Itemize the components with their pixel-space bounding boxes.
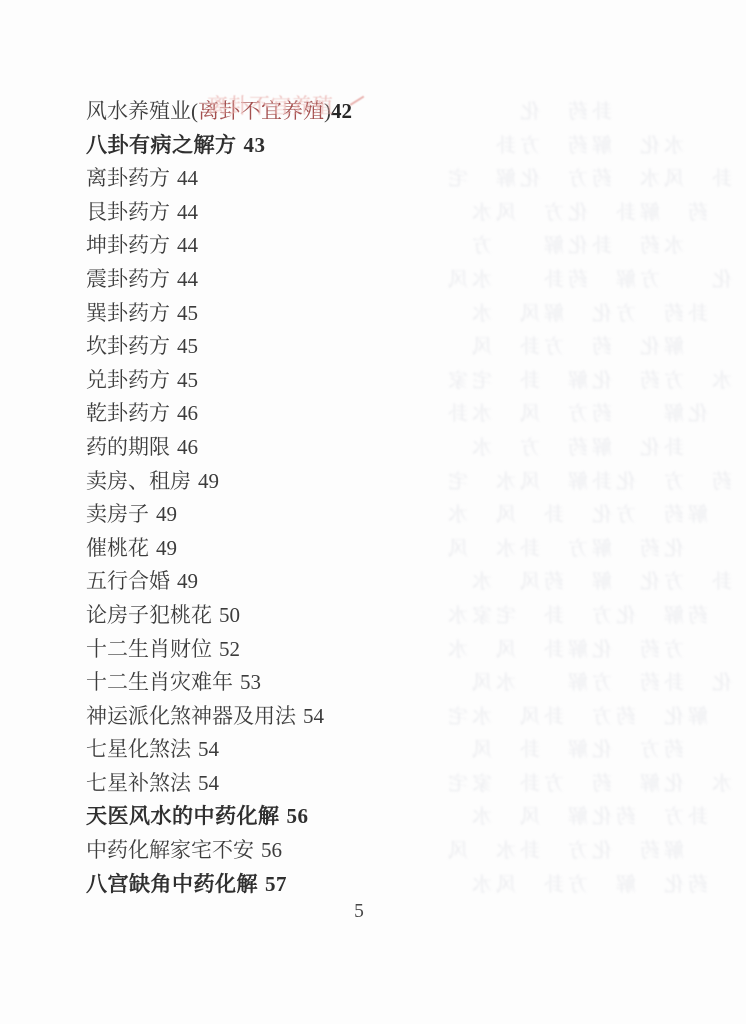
- toc-entry-page-number: 45: [177, 368, 198, 392]
- toc-entry: 八宫缺角中药化解57: [86, 868, 726, 902]
- toc-entry-page-number: 49: [156, 536, 177, 560]
- toc-entry-page-number: 54: [303, 704, 324, 728]
- toc-entry: 卖房子49: [86, 498, 726, 532]
- toc-entry-label: 八卦有病之解方: [86, 133, 237, 157]
- toc-entry: 坎卦药方45: [86, 330, 726, 364]
- toc-entry: 坤卦药方44: [86, 229, 726, 263]
- toc-entry-label: 坤卦药方: [86, 233, 170, 257]
- toc-entry-page-number: 44: [177, 233, 198, 257]
- toc-entry: 乾卦药方46: [86, 397, 726, 431]
- toc-entry-page-number: 44: [177, 166, 198, 190]
- toc-entry-label: 神运派化煞神器及用法: [86, 704, 296, 728]
- toc-entry-label: 论房子犯桃花: [86, 603, 212, 627]
- toc-entry: 震卦药方44: [86, 263, 726, 297]
- toc-entry: 天医风水的中药化解56: [86, 800, 726, 834]
- toc-entry-label: 中药化解家宅不安: [86, 838, 254, 862]
- toc-entry-page-number: 49: [198, 469, 219, 493]
- toc-entry: 艮卦药方44: [86, 196, 726, 230]
- toc-entry-label: 七星补煞法: [86, 771, 191, 795]
- toc-entry-page-number: 43: [244, 133, 266, 157]
- toc-entry-label: 坎卦药方: [86, 334, 170, 358]
- toc-entry: 药的期限46: [86, 431, 726, 465]
- toc-entry-segment: 离卦不宜养殖离卦不宜养殖: [198, 99, 324, 123]
- toc-entry-segment: 风水养殖业(: [86, 99, 198, 123]
- toc-entry-label: 催桃花: [86, 536, 149, 560]
- toc-entry-page-number: 49: [177, 569, 198, 593]
- toc-entry: 兑卦药方45: [86, 364, 726, 398]
- toc-entry: 七星补煞法54: [86, 767, 726, 801]
- toc-entry: 论房子犯桃花50: [86, 599, 726, 633]
- toc-entry-page-number: 45: [177, 301, 198, 325]
- toc-entry-page-number: 53: [240, 670, 261, 694]
- toc-entry-label: 乾卦药方: [86, 401, 170, 425]
- toc-entry-label: 艮卦药方: [86, 200, 170, 224]
- toc-entry-label: 兑卦药方: [86, 368, 170, 392]
- toc-entry-label: 十二生肖财位: [86, 637, 212, 661]
- toc-entry-page-number: 44: [177, 267, 198, 291]
- toc-entry: 催桃花49: [86, 532, 726, 566]
- toc-entry-label: 震卦药方: [86, 267, 170, 291]
- toc-entry-page-number: 44: [177, 200, 198, 224]
- toc-entry: 五行合婚49: [86, 565, 726, 599]
- toc-entry-page-number: 56: [261, 838, 282, 862]
- toc-entry-page-number: 50: [219, 603, 240, 627]
- toc-entry-label: 七星化煞法: [86, 737, 191, 761]
- table-of-contents: 风水养殖业(离卦不宜养殖离卦不宜养殖)42八卦有病之解方43离卦药方44艮卦药方…: [86, 95, 726, 901]
- toc-entry-label: 药的期限: [86, 435, 170, 459]
- toc-entry-page-number: 56: [287, 804, 309, 828]
- toc-entry-segment: ): [324, 99, 331, 123]
- toc-entry: 八卦有病之解方43: [86, 129, 726, 163]
- toc-entry-page-number: 54: [198, 737, 219, 761]
- page-number: 5: [0, 898, 732, 926]
- toc-entry-page-number: 57: [265, 872, 287, 896]
- toc-entry: 中药化解家宅不安56: [86, 834, 726, 868]
- toc-entry: 十二生肖财位52: [86, 633, 726, 667]
- toc-entry: 神运派化煞神器及用法54: [86, 700, 726, 734]
- toc-entry-page-number: 46: [177, 435, 198, 459]
- toc-entry: 巽卦药方45: [86, 297, 726, 331]
- toc-entry-page-number: 45: [177, 334, 198, 358]
- toc-entry-label: 巽卦药方: [86, 301, 170, 325]
- toc-entry: 风水养殖业(离卦不宜养殖离卦不宜养殖)42: [86, 95, 726, 129]
- toc-entry-label: 天医风水的中药化解: [86, 804, 280, 828]
- red-ghost-overprint: 离卦不宜养殖: [207, 90, 333, 124]
- toc-entry-page-number: 52: [219, 637, 240, 661]
- toc-entry-label: 卖房、租房: [86, 469, 191, 493]
- toc-entry-page-number: 49: [156, 502, 177, 526]
- toc-entry-label: 卖房子: [86, 502, 149, 526]
- toc-entry: 离卦药方44: [86, 162, 726, 196]
- scanned-page: 卦药 化 水化 解药 方卦卦 风水 药方 化解 宅 药 解卦 化方 风水 水药 …: [0, 0, 746, 1024]
- toc-entry: 卖房、租房49: [86, 465, 726, 499]
- toc-entry-segment: 42: [331, 99, 352, 123]
- toc-entry-label: 离卦药方: [86, 166, 170, 190]
- toc-entry: 十二生肖灾难年53: [86, 666, 726, 700]
- toc-entry-page-number: 54: [198, 771, 219, 795]
- toc-entry-label: 十二生肖灾难年: [86, 670, 233, 694]
- toc-entry-label: 八宫缺角中药化解: [86, 872, 258, 896]
- toc-entry: 七星化煞法54: [86, 733, 726, 767]
- toc-entry-label: 五行合婚: [86, 569, 170, 593]
- toc-entry-page-number: 46: [177, 401, 198, 425]
